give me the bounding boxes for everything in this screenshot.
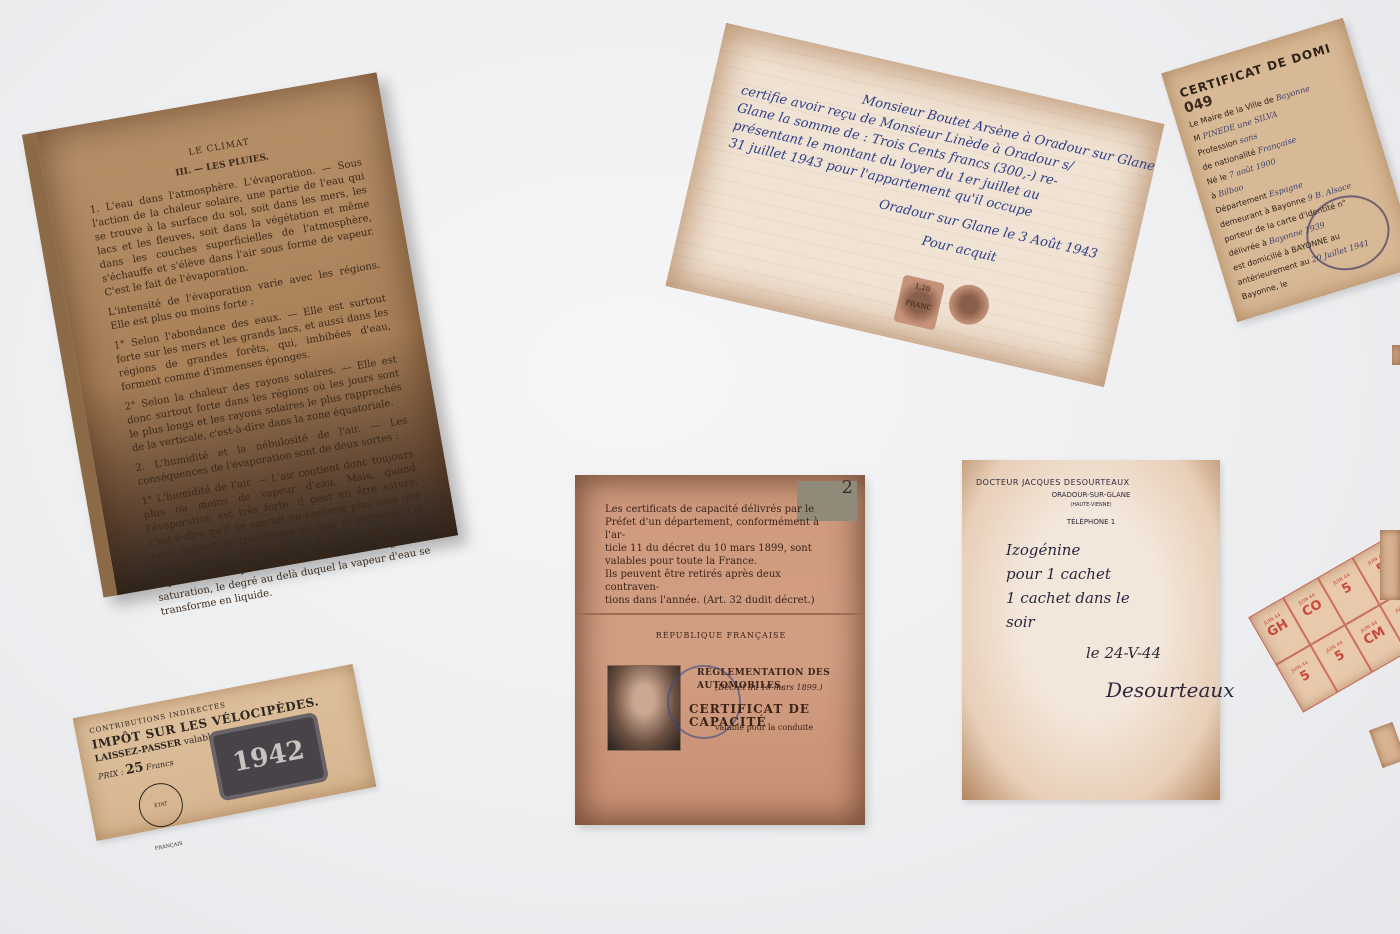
stamp-value: 1,20 FRANC [905,282,933,312]
doctor-town: ORADOUR-SUR-GLANE [976,491,1206,499]
fold-line [575,613,865,615]
marianne-coin-icon: ÉTAT FRANÇAIS [135,779,187,831]
rules-line: Préfet d'un département, conformément à … [605,516,837,542]
wax-seal [945,281,993,329]
doctor-telephone: TÉLÉPHONE 1 [976,518,1206,526]
rules-line: ticle 11 du décret du 10 mars 1899, sont [605,542,837,555]
regulation-date: (Décret du 10 mars 1899.) [715,681,822,694]
doctor-prescription: DOCTEUR JACQUES DESOURTEAUX ORADOUR-SUR-… [962,460,1220,800]
ration-tickets: JUIN 44GH JUIN 44CO JUIN 445 JUIN 445 JU… [1248,537,1400,712]
doctor-signature: Desourteaux [1106,678,1206,702]
republic-header: RÉPUBLIQUE FRANÇAISE [597,629,845,642]
driving-certificate: 2 Les certificats de capacité délivrés p… [575,475,865,825]
doctor-department: (HAUTE-VIENNE) [976,502,1206,508]
rules-line: Les certificats de capacité délivrés par… [605,503,837,516]
revenue-stamp: 1,20 FRANC [893,274,945,330]
rent-receipt: Monsieur Boutet Arsène à Oradour sur Gla… [665,23,1164,387]
bicycle-tax-pass: CONTRIBUTIONS INDIRECTES IMPÔT SUR LES V… [73,664,377,841]
paper-scrap [1380,530,1400,600]
rules-line: Ils peuvent être retirés après deux cont… [605,568,837,594]
doctor-name: DOCTEUR JACQUES DESOURTEAUX [976,478,1206,487]
rules-line: tions dans l'année. (Art. 32 dudit décre… [605,594,837,607]
domicile-certificate: CERTIFICAT DE DOMI 049 Le Maire de la Vi… [1161,18,1400,322]
licence-rules: Les certificats de capacité délivrés par… [597,495,845,611]
validity-text: valable pour la conduite [715,721,813,734]
burned-book: LE CLIMAT III. — LES PLUIES. 1. L'eau da… [22,72,458,597]
rules-line: valables pour toute la France. [605,555,837,568]
prescription-text: Izogénine pour 1 cachet 1 cachet dans le… [976,538,1206,634]
paper-scrap [1392,345,1400,365]
prescription-date: le 24-V-44 [1086,644,1206,662]
licence-front: RÉPUBLIQUE FRANÇAISE RÉGLEMENTATION DES … [597,625,845,805]
paper-scrap [1369,722,1400,768]
